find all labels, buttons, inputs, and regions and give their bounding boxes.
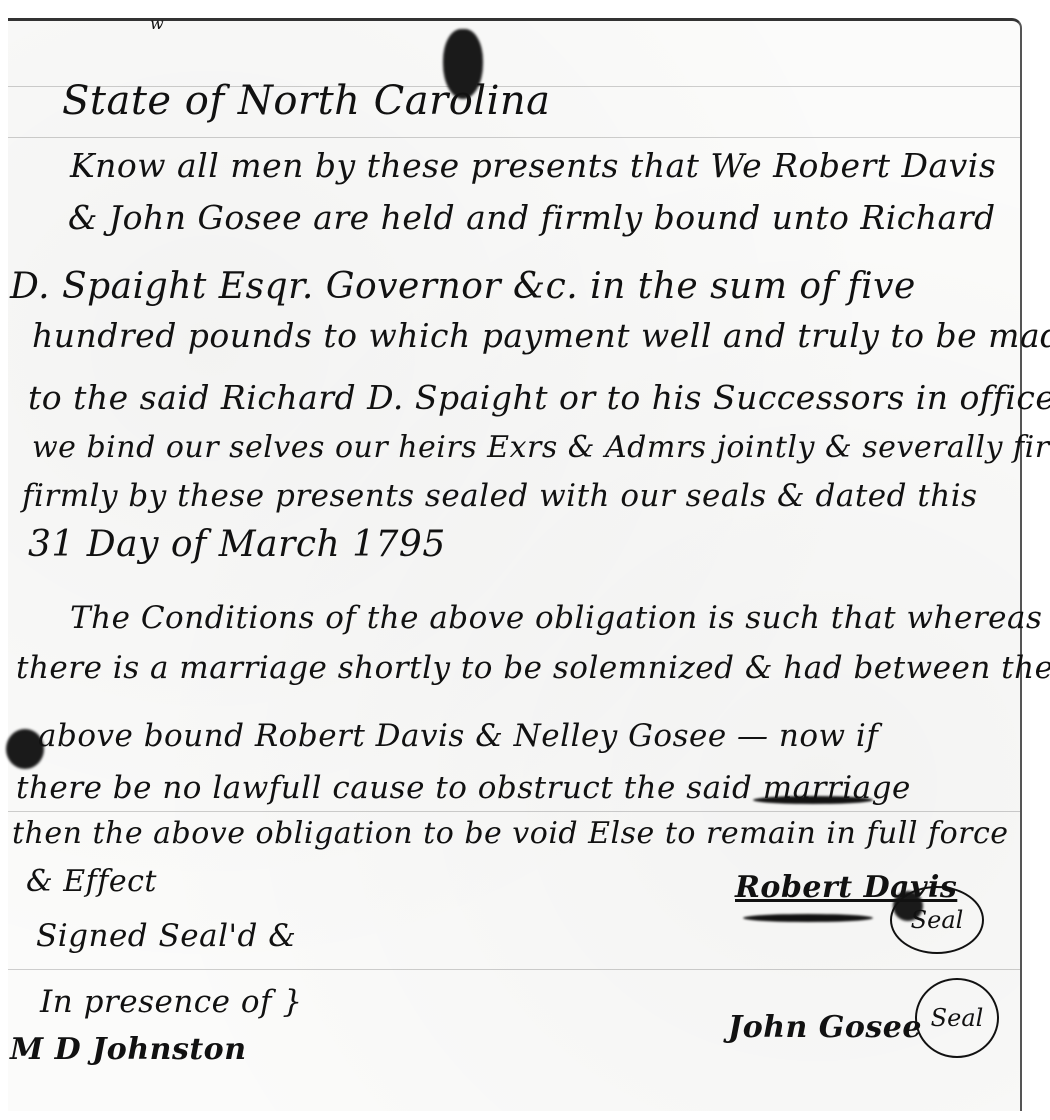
body-line: we bind our selves our heirs Exrs & Admr… <box>32 430 1050 465</box>
paper-ruling <box>8 137 1020 138</box>
seal-label: Seal <box>931 1004 984 1032</box>
seal-mark: Seal <box>915 978 999 1058</box>
condition-line: then the above obligation to be void Els… <box>12 816 1009 851</box>
body-line: D. Spaight Esqr. Governor &c. in the sum… <box>10 266 916 307</box>
date-line: 31 Day of March 1795 <box>28 524 446 565</box>
seal-label: Seal <box>911 906 964 934</box>
condition-line: there be no lawfull cause to obstruct th… <box>16 770 911 806</box>
seal-mark: Seal <box>890 886 984 954</box>
paper-ruling <box>8 811 1020 812</box>
condition-line: above bound Robert Davis & Nelley Gosee … <box>38 718 878 754</box>
ink-smear <box>743 914 873 922</box>
margin-mark: w <box>150 14 164 33</box>
body-line: hundred pounds to which payment well and… <box>32 316 1050 355</box>
condition-line: The Conditions of the above obligation i… <box>70 600 1042 636</box>
signed-sealed-label: Signed Seal'd & <box>36 918 296 954</box>
body-line: Know all men by these presents that We R… <box>70 146 996 185</box>
witness-signature: M D Johnston <box>10 1032 247 1067</box>
body-line: & John Gosee are held and firmly bound u… <box>68 198 996 237</box>
body-line: to the said Richard D. Spaight or to his… <box>28 378 1050 417</box>
body-line: firmly by these presents sealed with our… <box>22 478 978 514</box>
condition-line: & Effect <box>26 864 157 899</box>
paper-ruling <box>8 969 1020 970</box>
condition-line: there is a marriage shortly to be solemn… <box>16 650 1050 686</box>
signature-john-gosee: John Gosee <box>728 1010 922 1045</box>
document-heading: State of North Carolina <box>62 78 551 124</box>
in-presence-label: In presence of } <box>40 984 303 1020</box>
